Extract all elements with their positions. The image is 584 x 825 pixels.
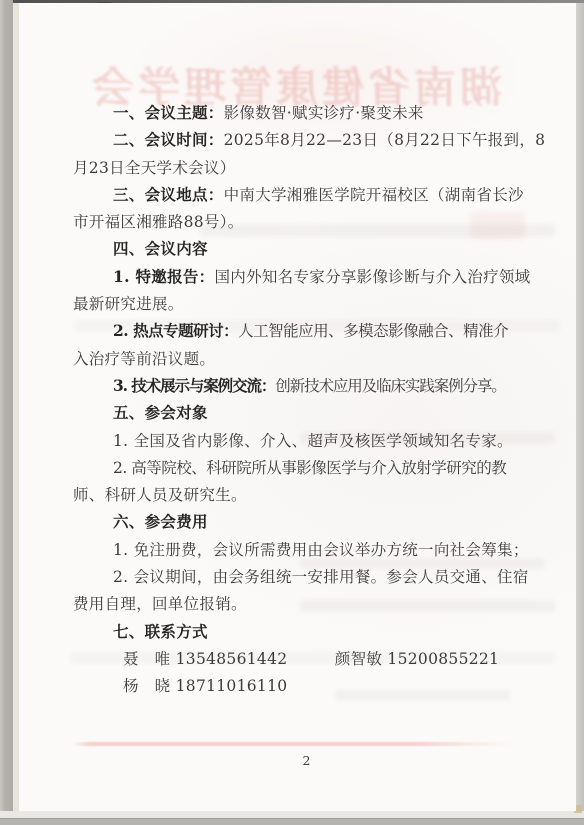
document-page: 湖南省健康管理学会 一、会议主题：影像数智·赋实诊疗·聚变未来 二、会议时间：2… [13, 3, 576, 811]
line-contact-1: 聂 唯 13548561442 颜智敏 15200855221 [73, 645, 525, 672]
page-number: 2 [19, 753, 576, 768]
line-contact-2: 杨 晓 18711016110 [73, 672, 525, 699]
line-venue-1: 三、会议地点：中南大学湘雅医学院开福校区（湖南省长沙 [73, 181, 525, 208]
heading-fees: 六、参会费用 [73, 508, 525, 535]
line-meeting-time-2: 月23日全天学术会议） [73, 154, 525, 181]
line-venue-2: 市开福区湘雅路88号）。 [73, 208, 525, 235]
line-invited-talks-2: 最新研究进展。 [73, 290, 525, 317]
line-tech-demo: 3. 技术展示与案例交流：创新技术应用及临床实践案例分享。 [73, 372, 525, 399]
document-body: 一、会议主题：影像数智·赋实诊疗·聚变未来 二、会议时间：2025年8月22—2… [73, 99, 525, 700]
line-meeting-theme: 一、会议主题：影像数智·赋实诊疗·聚变未来 [73, 99, 525, 126]
line-attendees-2b: 师、科研人员及研究生。 [73, 481, 525, 508]
line-fees-2b: 费用自理，回单位报销。 [73, 590, 525, 617]
scanner-left-margin [0, 0, 13, 825]
heading-attendees: 五、参会对象 [73, 399, 525, 426]
heading-contact: 七、联系方式 [73, 618, 525, 645]
line-fees-1: 1. 免注册费，会议所需费用由会议举办方统一向社会筹集； [73, 536, 525, 563]
scanned-document-viewport: { "document": { "page_number": "2", "ble… [0, 0, 584, 825]
line-attendees-2a: 2. 高等院校、科研院所从事影像医学与介入放射学研究的教 [73, 454, 525, 481]
bleedthrough-footer-rule [73, 742, 511, 746]
line-attendees-1: 1. 全国及省内影像、介入、超声及核医学领域知名专家。 [73, 427, 525, 454]
line-fees-2a: 2. 会议期间，由会务组统一安排用餐。参会人员交通、住宿 [73, 563, 525, 590]
page-right-shadow [576, 3, 584, 818]
line-meeting-time-1: 二、会议时间：2025年8月22—23日（8月22日下午报到，8 [73, 126, 525, 153]
line-hot-topics-2: 入治疗等前沿议题。 [73, 345, 525, 372]
line-hot-topics-1: 2. 热点专题研讨：人工智能应用、多模态影像融合、精准介 [73, 317, 525, 344]
scanner-bottom-margin [0, 818, 584, 825]
line-invited-talks-1: 1. 特邀报告：国内外知名专家分享影像诊断与介入治疗领域 [73, 263, 525, 290]
page-bottom-edge [0, 811, 584, 818]
heading-agenda: 四、会议内容 [73, 235, 525, 262]
